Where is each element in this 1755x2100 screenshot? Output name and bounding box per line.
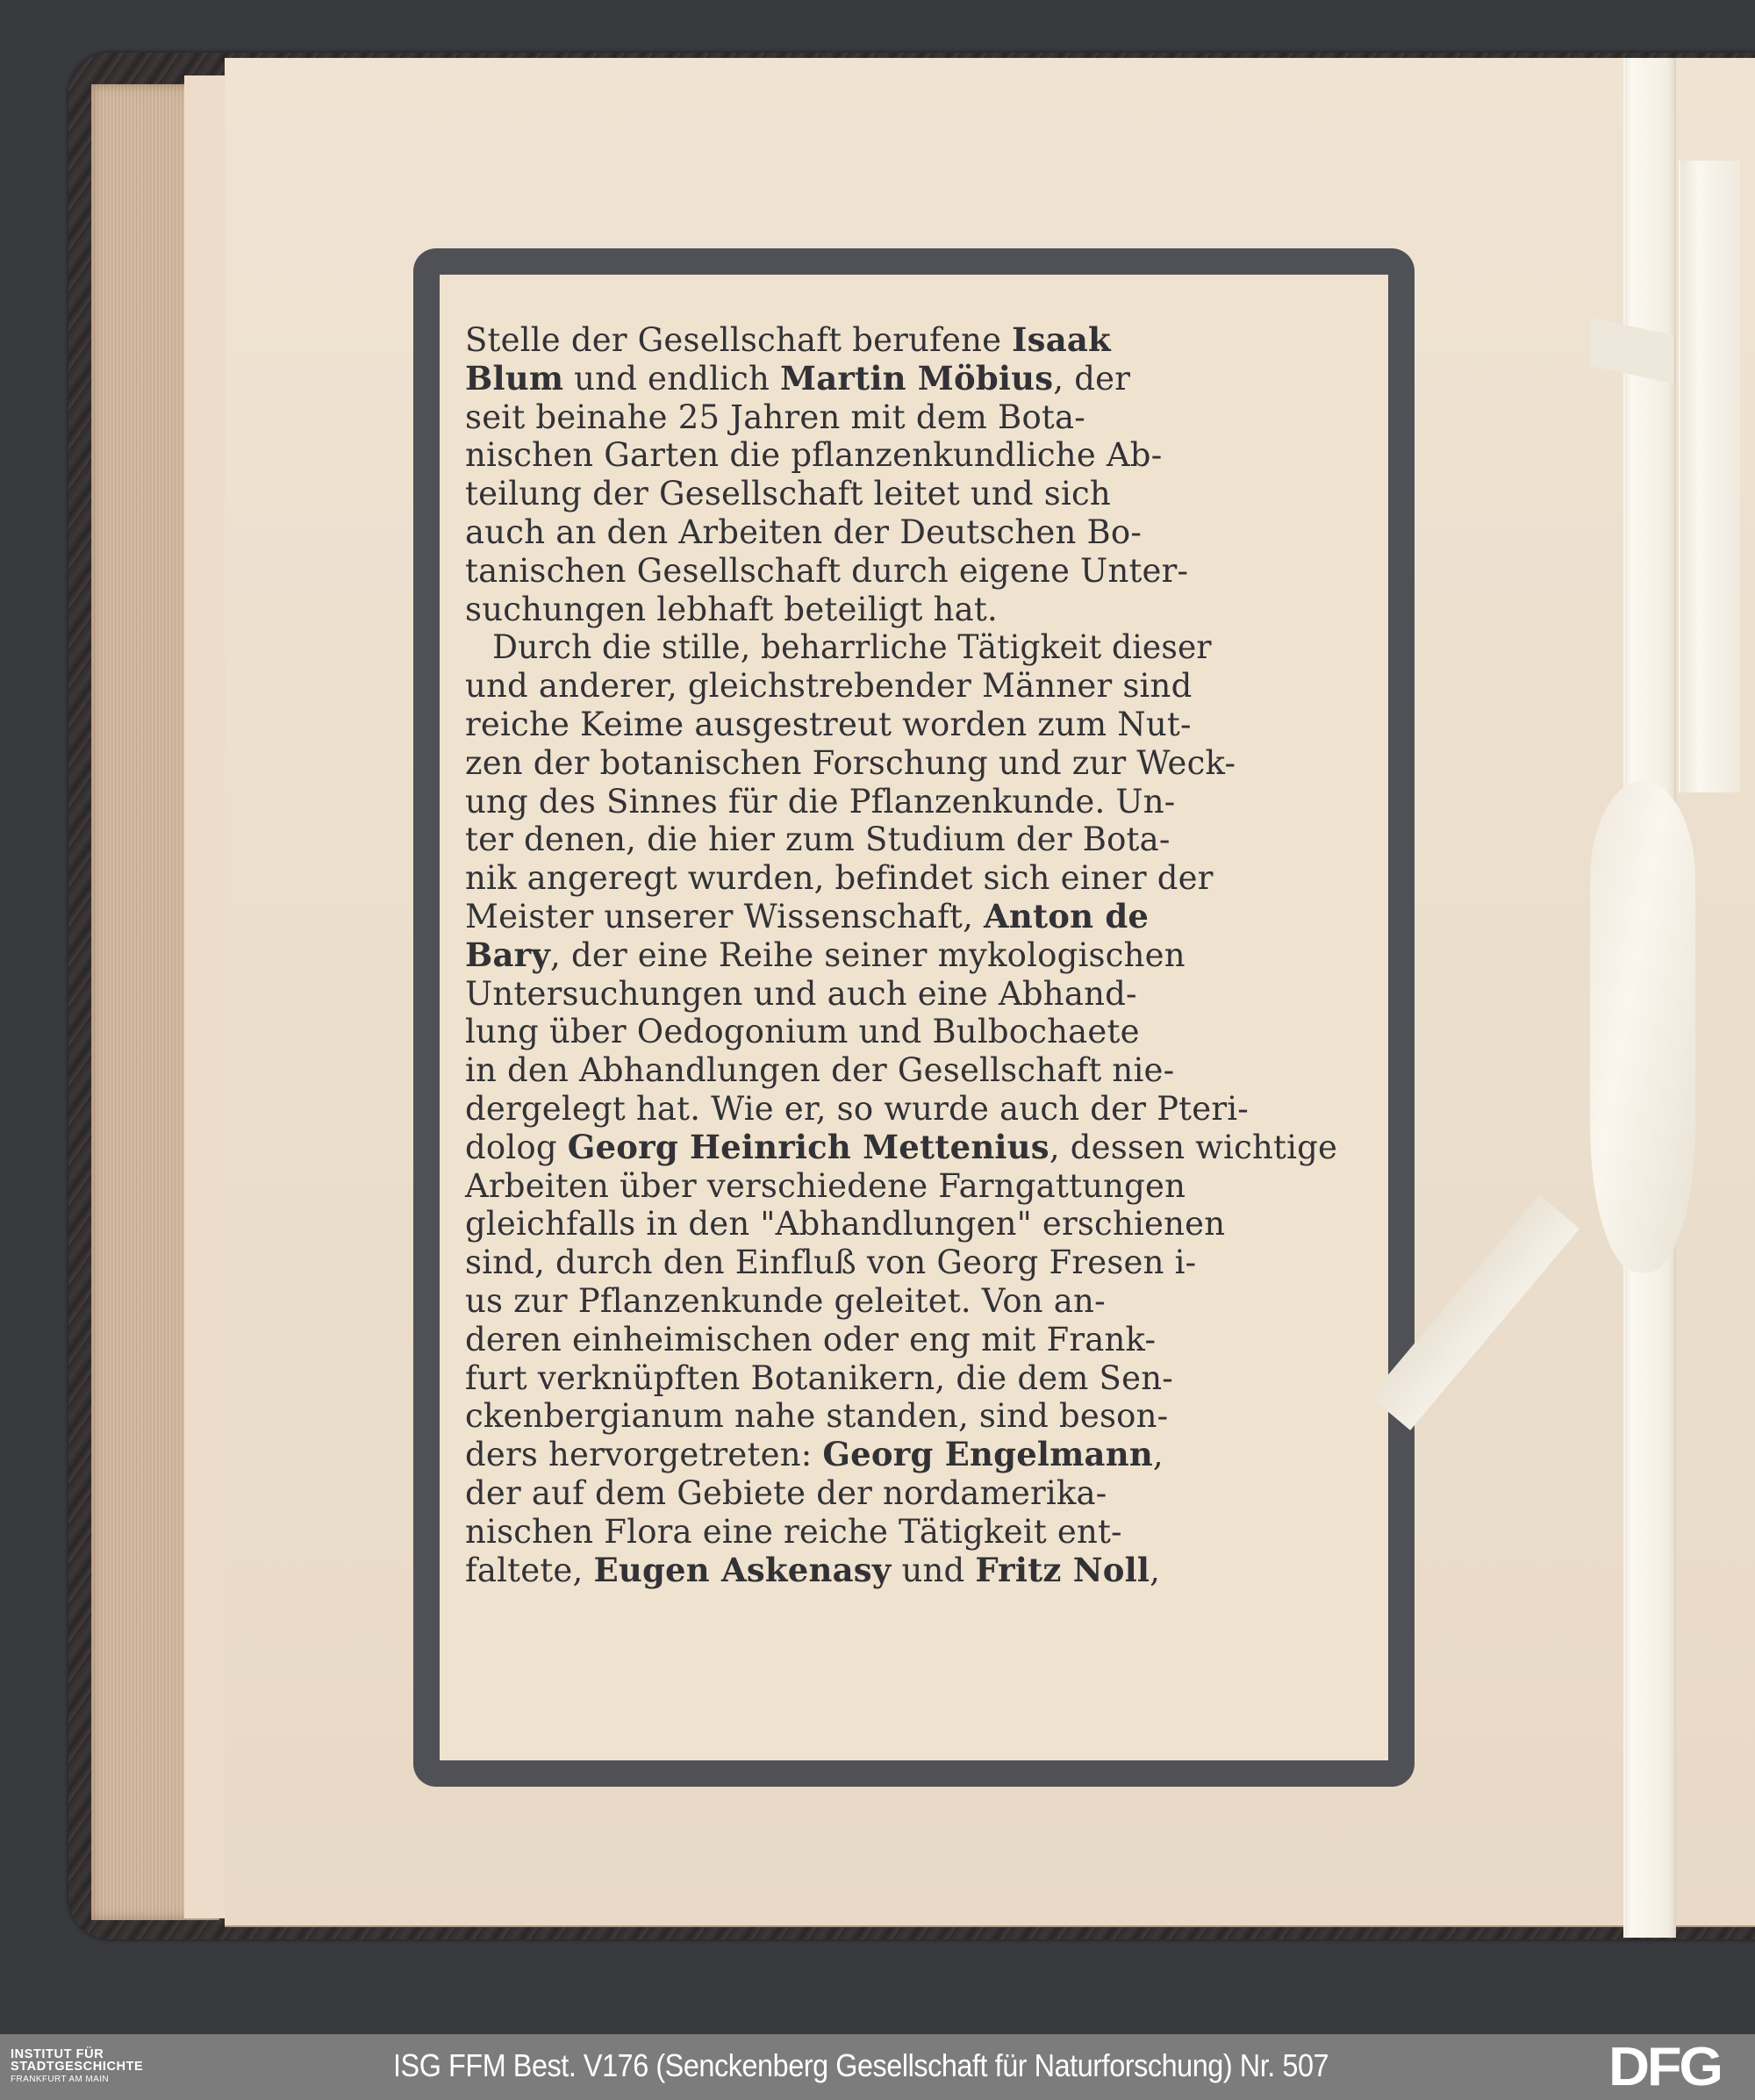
text-line: tanischen Gesellschaft durch eigene Unte… [465,552,1369,591]
text-line: in den Abhandlungen der Gesellschaft nie… [465,1051,1369,1090]
text-line: gleichfalls in den "Abhandlungen" erschi… [465,1205,1369,1244]
text-line: sind, durch den Einfluß von Georg Fresen… [465,1244,1369,1282]
institution-name-line2: STADTGESCHICHTE [11,2061,143,2073]
text-line: ckenbergianum nahe standen, sind beson- [465,1397,1369,1436]
text-segment: reiche Keime ausgestreut worden zum Nut- [465,706,1192,744]
ribbon-tail [1679,161,1740,792]
text-segment: der auf dem Gebiete der nordamerika- [465,1474,1107,1513]
text-segment: und [891,1552,975,1590]
text-segment: seit beinahe 25 Jahren mit dem Bota- [465,398,1085,437]
text-segment: lung über Oedogonium und Bulbochaete [465,1013,1140,1051]
emphasized-name: Eugen Askenasy [593,1552,891,1590]
text-segment: ung des Sinnes für die Pflanzenkunde. Un… [465,783,1176,821]
text-line: der auf dem Gebiete der nordamerika- [465,1474,1369,1513]
institution-location: FRANKFURT AM MAIN [11,2074,143,2086]
text-segment: Stelle der Gesellschaft berufene [465,321,1012,360]
text-segment: ckenbergianum nahe standen, sind beson- [465,1397,1168,1436]
text-segment: , der [1053,360,1130,398]
text-line: nik angeregt wurden, befindet sich einer… [465,859,1369,898]
text-segment: Arbeiten über verschiedene Farngattungen [465,1167,1186,1206]
archive-signature-caption: ISG FFM Best. V176 (Senckenberg Gesellsc… [393,2045,1341,2087]
text-line: zen der botanischen Forschung und zur We… [465,744,1369,783]
text-segment: nischen Garten die pflanzenkundliche Ab- [465,436,1162,475]
text-segment: gleichfalls in den "Abhandlungen" erschi… [465,1205,1225,1244]
text-line: dolog Georg Heinrich Mettenius, dessen w… [465,1129,1369,1167]
text-segment: , [1150,1552,1160,1590]
emphasized-name: Georg Engelmann [822,1436,1153,1474]
emphasized-name: Fritz Noll [975,1552,1150,1590]
text-line: Meister unserer Wissenschaft, Anton de [465,898,1369,936]
text-segment: auch an den Arbeiten der Deutschen Bo- [465,513,1142,552]
emphasized-name: Georg Heinrich Mettenius [568,1129,1049,1167]
text-line: suchungen lebhaft beteiligt hat. [465,591,1369,629]
text-segment: ders hervorgetreten: [465,1436,822,1474]
calligraphic-text-block: Stelle der Gesellschaft berufene IsaakBl… [465,321,1369,1589]
text-line: Untersuchungen und auch eine Abhand- [465,975,1369,1014]
emphasized-name: Martin Möbius [780,360,1053,398]
text-line: Arbeiten über verschiedene Farngattungen [465,1167,1369,1206]
text-line: ung des Sinnes für die Pflanzenkunde. Un… [465,783,1369,821]
emphasized-name: Isaak [1012,321,1111,360]
text-segment: zen der botanischen Forschung und zur We… [465,744,1236,783]
dfg-logo[interactable]: DFG [1608,2043,1721,2092]
text-segment: Meister unserer Wissenschaft, [465,898,984,936]
text-line: seit beinahe 25 Jahren mit dem Bota- [465,398,1369,437]
text-line: nischen Flora eine reiche Tätigkeit ent- [465,1513,1369,1552]
text-line: und anderer, gleichstrebender Männer sin… [465,667,1369,706]
text-segment: und endlich [563,360,780,398]
scan-viewport: Stelle der Gesellschaft berufene IsaakBl… [0,0,1755,2034]
archive-footer-bar: INSTITUT FÜR STADTGESCHICHTE FRANKFURT A… [0,2034,1755,2100]
text-segment: dergelegt hat. Wie er, so wurde auch der… [465,1090,1249,1129]
text-segment: ter denen, die hier zum Studium der Bota… [465,821,1171,859]
text-segment: nik angeregt wurden, befindet sich einer… [465,859,1214,898]
text-segment: teilung der Gesellschaft leitet und sich [465,475,1111,513]
ribbon-bow [1590,781,1695,1272]
text-line: lung über Oedogonium und Bulbochaete [465,1013,1369,1051]
text-segment: Durch die stille, beharrliche Tätigkeit … [492,628,1212,667]
text-line: us zur Pflanzenkunde geleitet. Von an- [465,1282,1369,1321]
text-segment: furt verknüpften Botanikern, die dem Sen… [465,1359,1173,1398]
text-line: faltete, Eugen Askenasy und Fritz Noll, [465,1552,1369,1590]
text-segment: faltete, [465,1552,593,1590]
text-segment: Untersuchungen und auch eine Abhand- [465,975,1137,1014]
emphasized-name: Anton de [984,898,1149,936]
text-line: furt verknüpften Botanikern, die dem Sen… [465,1359,1369,1398]
emphasized-name: Bary [465,936,550,975]
text-line: Bary, der eine Reihe seiner mykologische… [465,936,1369,975]
text-line: reiche Keime ausgestreut worden zum Nut- [465,706,1369,744]
institution-name-line1: INSTITUT FÜR [11,2048,143,2061]
institution-logo[interactable]: INSTITUT FÜR STADTGESCHICHTE FRANKFURT A… [11,2048,143,2086]
text-segment: , [1153,1436,1164,1474]
text-segment: tanischen Gesellschaft durch eigene Unte… [465,552,1188,591]
text-line: Stelle der Gesellschaft berufene Isaak [465,321,1369,360]
text-segment: sind, durch den Einfluß von Georg Fresen… [465,1244,1196,1282]
text-line: dergelegt hat. Wie er, so wurde auch der… [465,1090,1369,1129]
text-line: ter denen, die hier zum Studium der Bota… [465,821,1369,859]
text-segment: und anderer, gleichstrebender Männer sin… [465,667,1192,706]
text-segment: us zur Pflanzenkunde geleitet. Von an- [465,1282,1106,1321]
text-line: auch an den Arbeiten der Deutschen Bo- [465,513,1369,552]
text-line: Durch die stille, beharrliche Tätigkeit … [465,628,1343,667]
text-segment: in den Abhandlungen der Gesellschaft nie… [465,1051,1174,1090]
text-segment: , dessen wichtige [1049,1129,1337,1167]
text-line: Blum und endlich Martin Möbius, der [465,360,1369,398]
text-segment: , der eine Reihe seiner mykologischen [550,936,1186,975]
text-line: deren einheimischen oder eng mit Frank- [465,1321,1369,1359]
text-line: ders hervorgetreten: Georg Engelmann, [465,1436,1369,1474]
emphasized-name: Blum [465,360,563,398]
text-segment: deren einheimischen oder eng mit Frank- [465,1321,1156,1359]
text-segment: dolog [465,1129,568,1167]
text-segment: nischen Flora eine reiche Tätigkeit ent- [465,1513,1122,1552]
text-line: nischen Garten die pflanzenkundliche Ab- [465,436,1369,475]
text-line: teilung der Gesellschaft leitet und sich [465,475,1369,513]
text-segment: suchungen lebhaft beteiligt hat. [465,591,998,629]
